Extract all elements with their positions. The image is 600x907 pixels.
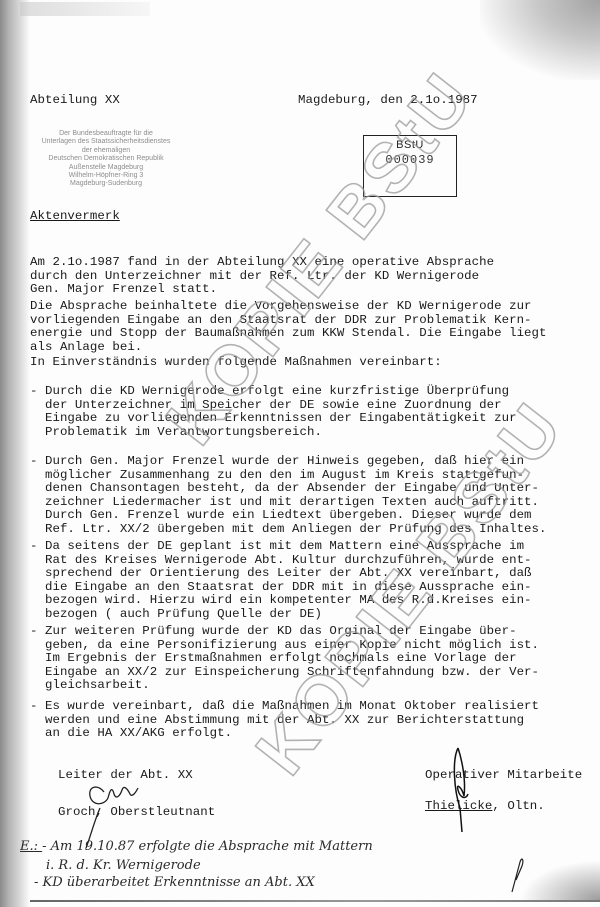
- signature-right-icon: [454, 748, 468, 832]
- handwritten-note-text: - Am 19.10.87 erfolgte die Absprache mit…: [42, 839, 373, 854]
- handwritten-note-line: E.: - Am 19.10.87 erfolgte die Absprache…: [20, 838, 373, 855]
- signer-left-name: Groch, Oberstleutnant: [58, 806, 215, 820]
- scan-corner-smudge: [480, 0, 600, 80]
- signer-right-title: Operativer Mitarbeite: [425, 769, 582, 783]
- scan-binding-shadow: [0, 0, 30, 907]
- signer-right-rank: , Oltn.: [492, 799, 544, 813]
- handwritten-note-prefix: E.:: [20, 839, 42, 854]
- handwritten-note-line: i. R. d. Kr. Wernigerode: [46, 857, 201, 874]
- archive-stamp-line: Außenstelle Magdeburg: [36, 164, 176, 172]
- archive-stamp-line: Wilhelm-Höpfner-Ring 3: [36, 172, 176, 180]
- handwritten-note-line: - KD überarbeitet Erkenntnisse an Abt. X…: [34, 874, 315, 891]
- archive-stamp-line: Deutschen Demokratischen Republik: [36, 155, 176, 163]
- archive-stamp-line: Magdeburg-Sudenburg: [36, 180, 176, 188]
- document-page: Abteilung XX Magdeburg, den 2.1o.1987 De…: [0, 0, 600, 907]
- scan-bottom-shade: [520, 860, 600, 900]
- archive-stamp-line: Unterlagen des Staatssicherheitsdienstes: [36, 138, 176, 146]
- archive-stamp-line: Der Bundesbeauftragte für die: [36, 130, 176, 138]
- department-label: Abteilung XX: [30, 94, 120, 108]
- archive-stamp-line: der ehemaligen: [36, 147, 176, 155]
- measure-item: - Durch die KD Wernigerode erfolgt eine …: [30, 385, 517, 439]
- signer-right-surname: Thielicke: [425, 799, 492, 813]
- scan-smudge: [20, 2, 150, 16]
- document-heading: Aktenvermerk: [30, 210, 120, 224]
- scan-bottom-edge: [30, 900, 600, 902]
- archive-stamp: Der Bundesbeauftragte für die Unterlagen…: [36, 130, 176, 189]
- signer-left-title: Leiter der Abt. XX: [58, 769, 193, 783]
- signer-right-name: Thielicke, Oltn.: [425, 800, 545, 814]
